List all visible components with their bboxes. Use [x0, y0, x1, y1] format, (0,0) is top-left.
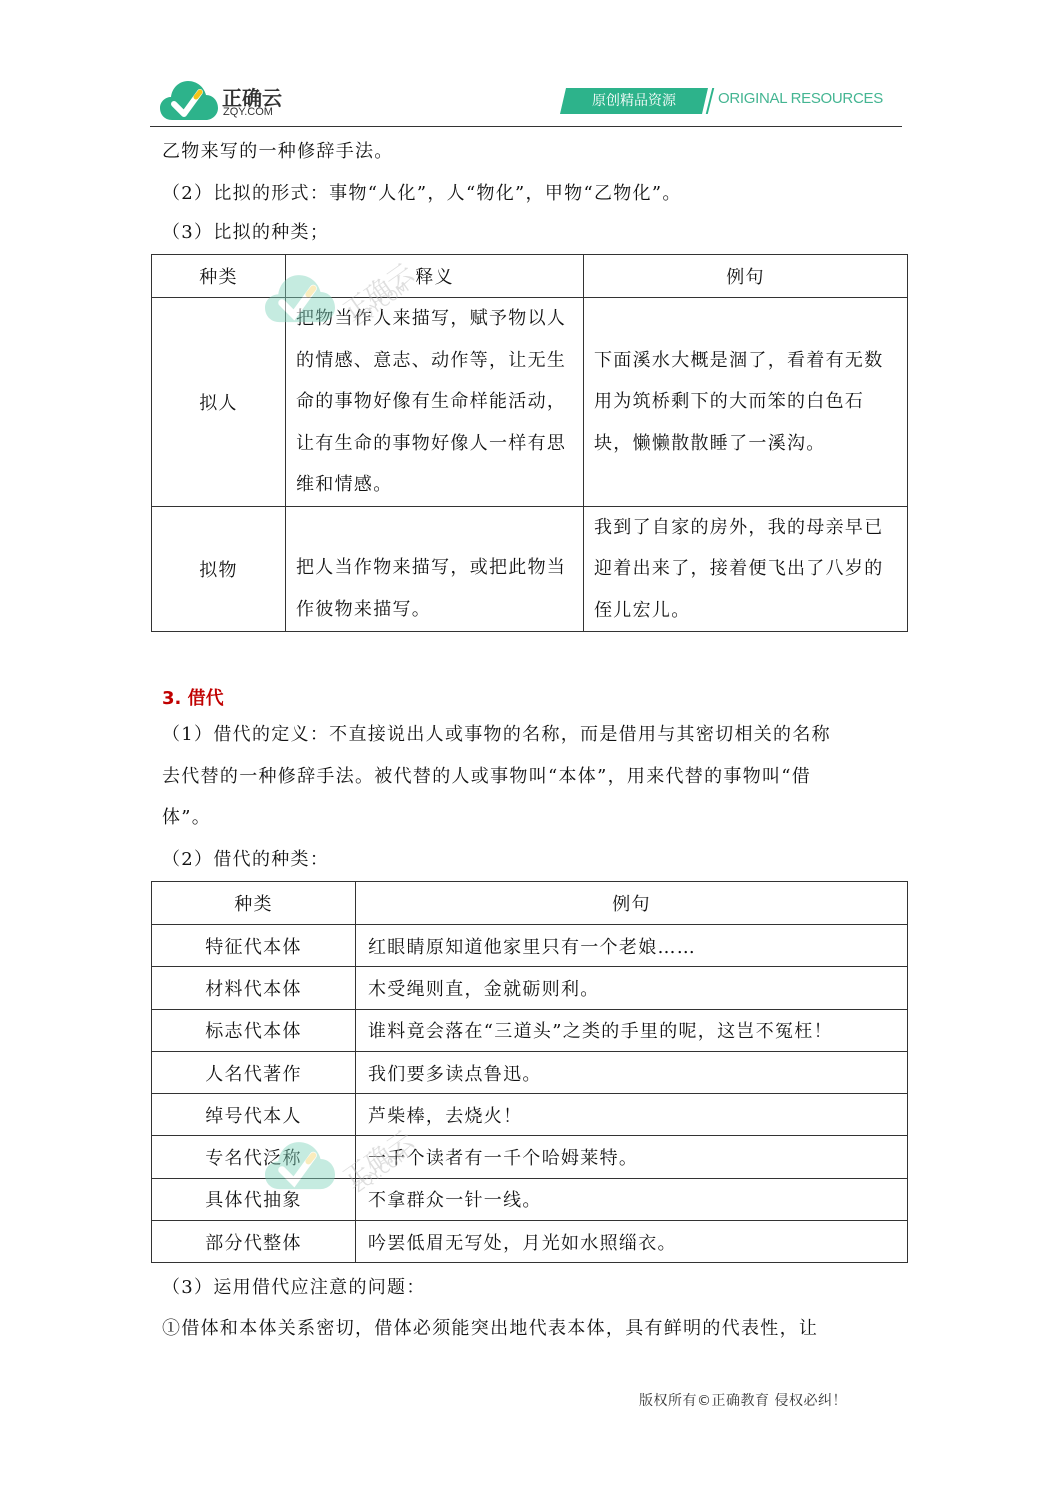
column-header-example: 例句 — [356, 882, 908, 925]
cell-example: 我们要多读点鲁迅。 — [356, 1051, 908, 1093]
table-header-row: 种类 释义 例句 — [152, 255, 908, 298]
cell-example: 吟罢低眉无写处，月光如水照缁衣。 — [356, 1221, 908, 1263]
cell-kind: 部分代整体 — [152, 1221, 356, 1263]
paragraph-types-intro: （3）比拟的种类； — [162, 221, 329, 245]
paragraph-definition-2: 去代替的一种修辞手法。被代替的人或事物叫“本体”，用来代替的事物叫“借 — [162, 765, 811, 789]
column-header-definition: 释义 — [286, 255, 584, 298]
paragraph-types-intro: （2）借代的种类： — [162, 848, 329, 872]
paragraph-continued: 乙物来写的一种修辞手法。 — [162, 140, 394, 164]
cell-kind: 拟人 — [152, 298, 286, 507]
cell-example: 谁料竟会落在“三道头”之类的手里的呢，这岂不冤枉！ — [356, 1009, 908, 1051]
cell-kind: 特征代本体 — [152, 925, 356, 967]
cell-example: 下面溪水大概是涸了，看着有无数用为筑桥剩下的大而笨的白色石块，懒懒散散睡了一溪沟… — [584, 298, 908, 507]
cell-example: 不拿群众一针一线。 — [356, 1178, 908, 1220]
cloud-check-icon — [160, 78, 218, 122]
cell-example: 一千个读者有一千个哈姆莱特。 — [356, 1136, 908, 1178]
jiedai-types-table: 种类 例句 特征代本体 红眼睛原知道他家里只有一个老娘…… 材料代本体 木受绳则… — [151, 881, 908, 1263]
original-badge: 原创精品资源 — [560, 88, 708, 114]
cell-kind: 人名代著作 — [152, 1051, 356, 1093]
table-row: 拟人 把物当作人来描写，赋予物以人的情感、意志、动作等，让无生命的事物好像有生命… — [152, 298, 908, 507]
cell-kind: 拟物 — [152, 506, 286, 632]
table-row: 绰号代本人 芦柴棒，去烧火！ — [152, 1094, 908, 1136]
cell-kind: 标志代本体 — [152, 1009, 356, 1051]
logo-domain: ZQY.COM — [223, 106, 273, 118]
table-header-row: 种类 例句 — [152, 882, 908, 925]
table-row: 部分代整体 吟罢低眉无写处，月光如水照缁衣。 — [152, 1221, 908, 1263]
page-header: 正确云 ZQY.COM 原创精品资源 ORIGINAL RESOURCES — [150, 72, 902, 128]
column-header-kind: 种类 — [152, 255, 286, 298]
cell-kind: 绰号代本人 — [152, 1094, 356, 1136]
cell-definition: 把物当作人来描写，赋予物以人的情感、意志、动作等，让无生命的事物好像有生命样能活… — [286, 298, 584, 507]
biniyu-types-table: 种类 释义 例句 拟人 把物当作人来描写，赋予物以人的情感、意志、动作等，让无生… — [151, 254, 908, 632]
cell-definition: 把人当作物来描写，或把此物当作彼物来描写。 — [286, 506, 584, 632]
cell-kind: 材料代本体 — [152, 967, 356, 1009]
original-resources-label: ORIGINAL RESOURCES — [718, 90, 883, 107]
cell-kind: 专名代泛称 — [152, 1136, 356, 1178]
cell-example: 我到了自家的房外，我的母亲早已迎着出来了，接着便飞出了八岁的侄儿宏儿。 — [584, 506, 908, 632]
brand-logo: 正确云 ZQY.COM — [160, 78, 290, 124]
table-row: 专名代泛称 一千个读者有一千个哈姆莱特。 — [152, 1136, 908, 1178]
cell-example: 红眼睛原知道他家里只有一个老娘…… — [356, 925, 908, 967]
paragraph-notes-intro: （3）运用借代应注意的问题： — [162, 1276, 426, 1300]
cell-example: 木受绳则直，金就砺则利。 — [356, 967, 908, 1009]
cell-example: 芦柴棒，去烧火！ — [356, 1094, 908, 1136]
copyright-footer: 版权所有©正确教育 侵权必纠！ — [639, 1390, 847, 1410]
table-row: 特征代本体 红眼睛原知道他家里只有一个老娘…… — [152, 925, 908, 967]
cell-kind: 具体代抽象 — [152, 1178, 356, 1220]
table-row: 标志代本体 谁料竟会落在“三道头”之类的手里的呢，这岂不冤枉！ — [152, 1009, 908, 1051]
table-row: 材料代本体 木受绳则直，金就砺则利。 — [152, 967, 908, 1009]
header-divider — [150, 126, 902, 127]
paragraph-definition-1: （1）借代的定义：不直接说出人或事物的名称，而是借用与其密切相关的名称 — [162, 723, 831, 747]
column-header-example: 例句 — [584, 255, 908, 298]
table-row: 拟物 把人当作物来描写，或把此物当作彼物来描写。 我到了自家的房外，我的母亲早已… — [152, 506, 908, 632]
table-row: 具体代抽象 不拿群众一针一线。 — [152, 1178, 908, 1220]
paragraph-definition-3: 体”。 — [162, 806, 211, 830]
column-header-kind: 种类 — [152, 882, 356, 925]
paragraph-note-1: ①借体和本体关系密切，借体必须能突出地代表本体，具有鲜明的代表性，让 — [162, 1317, 818, 1341]
table-row: 人名代著作 我们要多读点鲁迅。 — [152, 1051, 908, 1093]
section-title-jiedai: 3. 借代 — [162, 684, 224, 710]
paragraph-forms: （2）比拟的形式：事物“人化”，人“物化”，甲物“乙物化”。 — [162, 182, 682, 206]
